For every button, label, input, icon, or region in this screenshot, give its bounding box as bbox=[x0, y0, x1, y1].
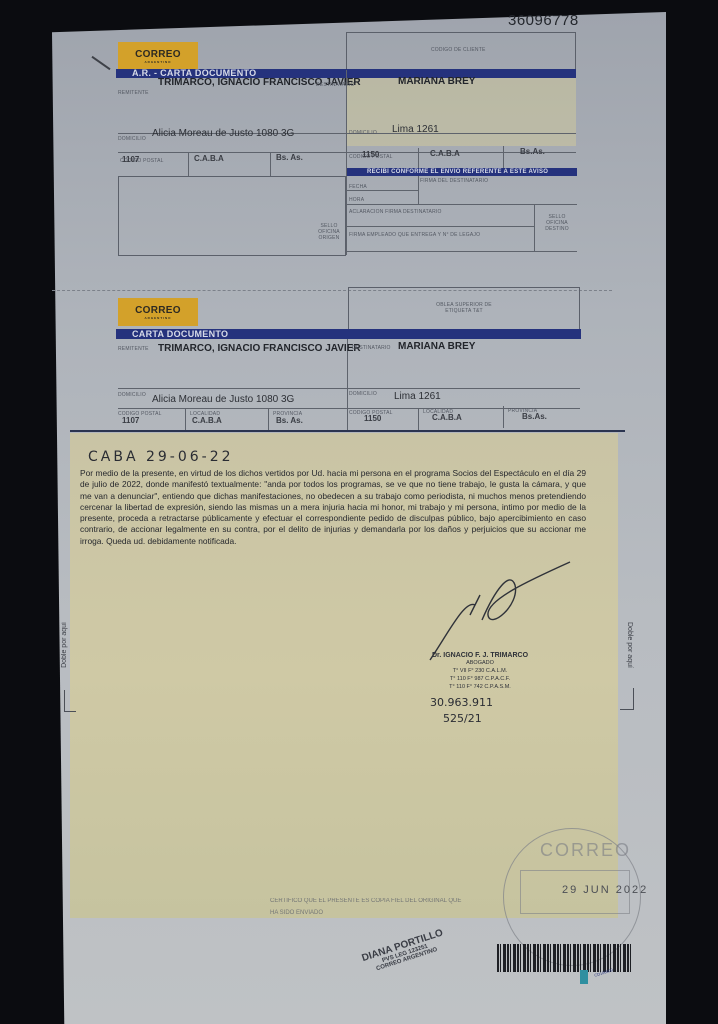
sender-province: Bs. As. bbox=[276, 416, 303, 425]
divider bbox=[347, 251, 577, 252]
divider bbox=[270, 152, 271, 176]
postmark-date: 29 JUN 2022 bbox=[562, 884, 648, 896]
fold-label-right: Doble por aquí bbox=[626, 622, 633, 668]
lawyer-title: ABOGADO bbox=[420, 659, 540, 667]
recipient-address: Lima 1261 bbox=[394, 391, 441, 402]
recipient-address-label: DOMICILIO bbox=[349, 391, 377, 397]
serial-number: 36096778 bbox=[508, 12, 579, 29]
divider bbox=[534, 204, 535, 252]
origin-seal-box: SELLO OFICINA ORIGEN bbox=[118, 176, 346, 256]
origin-seal-label: SELLO OFICINA ORIGEN bbox=[314, 223, 344, 241]
fold-mark-left bbox=[64, 711, 76, 712]
logo-subtext: ARGENTINO bbox=[135, 316, 181, 320]
sender-address-label: DOMICILIO bbox=[118, 392, 146, 398]
lawyer-name: Dr. IGNACIO F. J. TRIMARCO bbox=[420, 652, 540, 659]
divider bbox=[118, 388, 580, 389]
recipient-address: Lima 1261 bbox=[392, 124, 439, 135]
sender-label: REMITENTE bbox=[118, 90, 149, 96]
letter-body-text: Por medio de la presente, en virtud de l… bbox=[80, 468, 586, 547]
logo-text: CORREO bbox=[135, 49, 181, 60]
divider bbox=[347, 190, 418, 191]
sender-locality: C.A.B.A bbox=[194, 154, 224, 163]
divider bbox=[503, 406, 504, 428]
handwritten-date: CABA 29-06-22 bbox=[88, 449, 234, 465]
sender-address: Alicia Moreau de Justo 1080 3G bbox=[152, 128, 294, 139]
fold-mark-left bbox=[64, 690, 65, 712]
sender-label: REMITENTE bbox=[118, 346, 149, 352]
recipient-signature-label: FIRMA DEL DESTINATARIO bbox=[420, 178, 488, 184]
destination-seal-label: SELLO OFICINA DESTINO bbox=[540, 214, 574, 232]
fold-mark-right bbox=[633, 688, 634, 710]
registration-line: T° 110 F° 987 C.P.A.C.F. bbox=[420, 675, 540, 683]
recipient-postal-code: 1150 bbox=[364, 414, 381, 423]
divider bbox=[347, 226, 534, 227]
fold-mark-right bbox=[620, 709, 633, 710]
recipient-label: DESTINATARIO bbox=[316, 82, 355, 88]
recipient-name: MARIANA BREY bbox=[398, 341, 475, 352]
recipient-locality: C.A.B.A bbox=[430, 149, 460, 158]
divider bbox=[70, 430, 625, 432]
postmark-text: CORREO bbox=[540, 840, 631, 861]
certification-stamp: CERTIFICO QUE EL PRESENTE ES COPIA FIEL … bbox=[270, 895, 470, 919]
recipient-name: MARIANA BREY bbox=[398, 76, 475, 87]
sender-province: Bs. As. bbox=[276, 153, 303, 162]
divider bbox=[503, 146, 504, 168]
sender-address: Alicia Moreau de Justo 1080 3G bbox=[152, 394, 294, 405]
employee-signature-label: FIRMA EMPLEADO QUE ENTREGA Y N° DE LEGAJ… bbox=[349, 232, 480, 238]
clarification-label: ACLARACION FIRMA DESTINATARIO bbox=[349, 209, 442, 215]
divider bbox=[418, 408, 419, 430]
divider bbox=[118, 152, 576, 153]
client-code-box: CODIGO DE CLIENTE bbox=[346, 32, 576, 70]
label-box-text: OBLEA SUPERIOR DE ETIQUETA T&T bbox=[429, 302, 499, 314]
divider bbox=[268, 408, 269, 430]
recipient-highlight bbox=[347, 78, 576, 146]
registration-line: T° 110 F° 742 C.P.A.S.M. bbox=[420, 683, 540, 691]
client-code-label: CODIGO DE CLIENTE bbox=[431, 47, 486, 53]
divider bbox=[188, 152, 189, 176]
recipient-locality: C.A.B.A bbox=[432, 413, 462, 422]
logo-subtext: ARGENTINO bbox=[135, 60, 181, 64]
divider bbox=[346, 70, 347, 255]
handwritten-id: 30.963.911 bbox=[430, 696, 493, 709]
registration-line: T° VII F° 230 C.A.L.M. bbox=[420, 667, 540, 675]
recipient-postal-code: 1150 bbox=[362, 150, 379, 159]
sender-postal-code: 1107 bbox=[122, 155, 139, 164]
correo-logo: CORREO ARGENTINO bbox=[118, 42, 198, 70]
time-label: HORA bbox=[349, 197, 364, 203]
sender-address-label: DOMICILIO bbox=[118, 136, 146, 142]
certification-text: CERTIFICO QUE EL PRESENTE ES COPIA FIEL … bbox=[270, 895, 470, 919]
logo-text: CORREO bbox=[135, 305, 181, 316]
recipient-label: DESTINATARIO bbox=[352, 345, 391, 351]
recipient-province: Bs.As. bbox=[520, 147, 545, 156]
label-box: OBLEA SUPERIOR DE ETIQUETA T&T bbox=[348, 287, 580, 331]
fold-label-left: Doble por aquí bbox=[61, 622, 68, 668]
recipient-province: Bs.As. bbox=[522, 412, 547, 421]
handwritten-ref: 525/21 bbox=[443, 712, 482, 725]
recipient-address-label: DOMICILIO bbox=[349, 130, 377, 136]
barcode-tab bbox=[580, 970, 588, 984]
divider bbox=[185, 408, 186, 430]
correo-logo: CORREO ARGENTINO bbox=[118, 298, 198, 326]
form-title-bar: CARTA DOCUMENTO bbox=[116, 329, 581, 339]
sender-name: TRIMARCO, IGNACIO FRANCISCO JAVIER bbox=[158, 343, 361, 354]
sender-locality: C.A.B.A bbox=[192, 416, 222, 425]
signature-block: Dr. IGNACIO F. J. TRIMARCO ABOGADO T° VI… bbox=[420, 652, 540, 691]
sender-postal-code: 1107 bbox=[122, 416, 139, 425]
receipt-bar: RECIBI CONFORME EL ENVIO REFERENTE A EST… bbox=[347, 168, 577, 176]
divider bbox=[347, 204, 577, 205]
divider bbox=[418, 148, 419, 170]
divider bbox=[418, 176, 419, 204]
